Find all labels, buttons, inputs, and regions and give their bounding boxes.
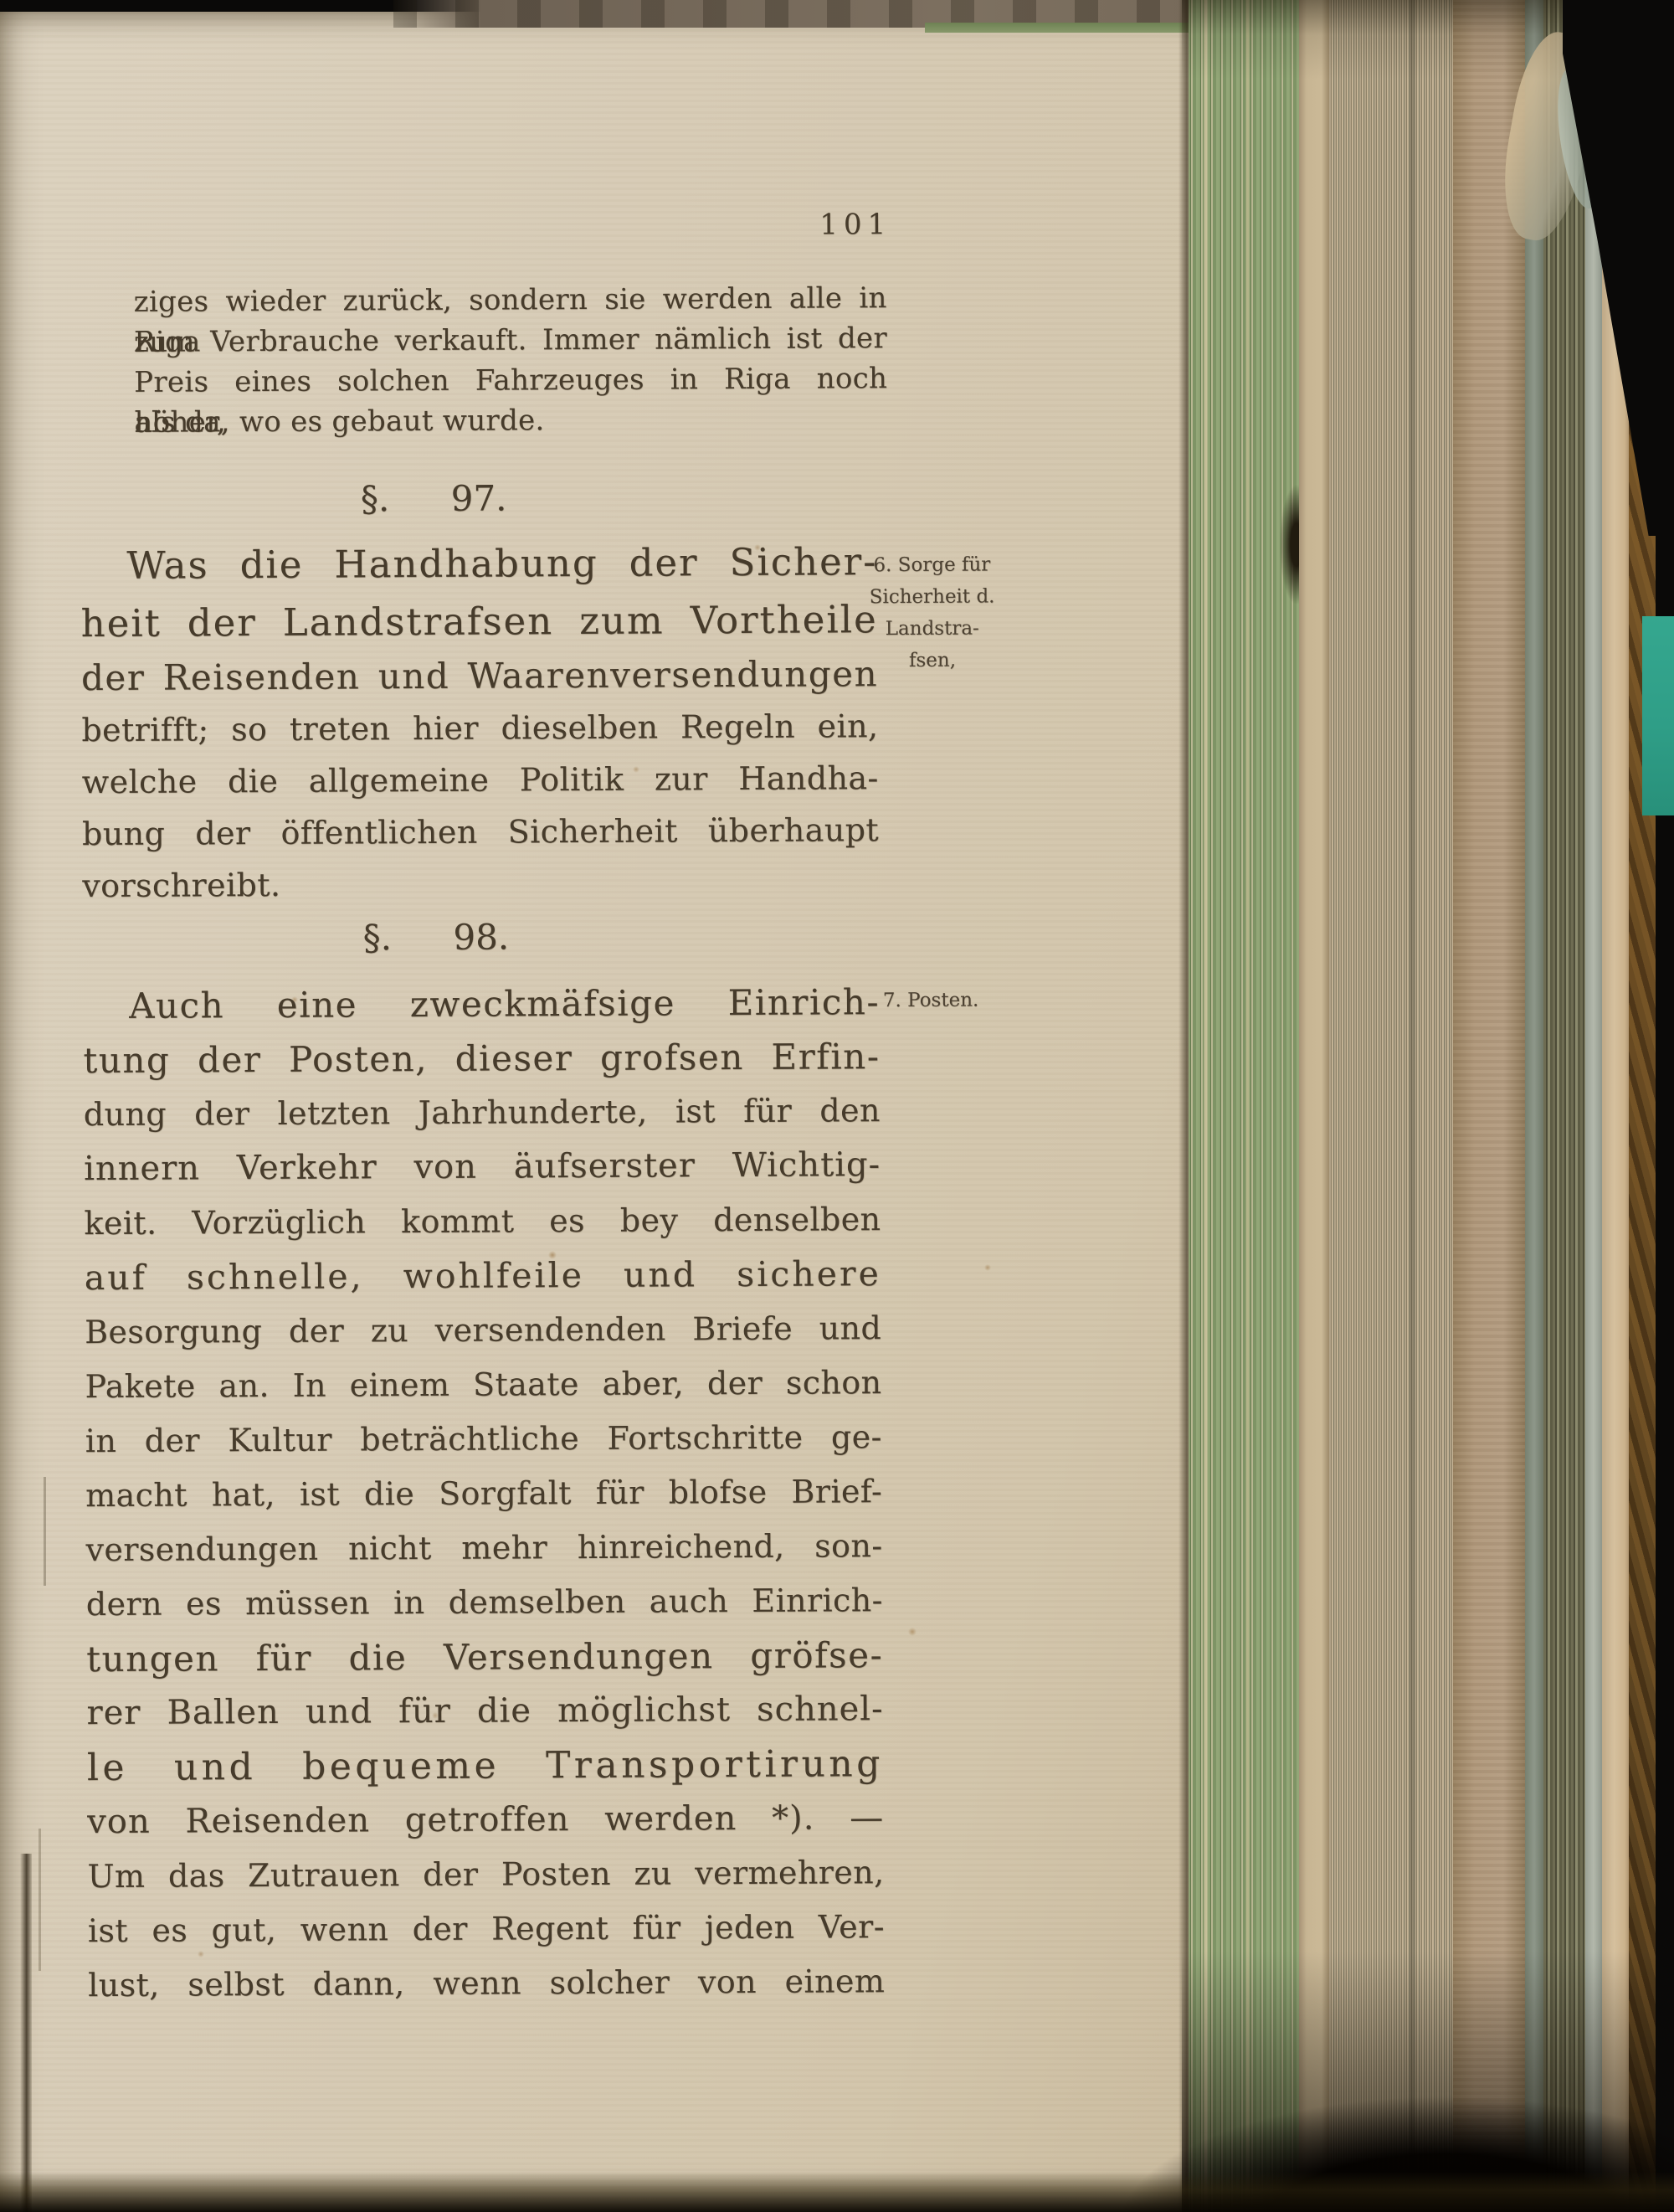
section-97-heading: §. 97. xyxy=(80,476,876,521)
text-line: keit. Vorzüglich kommt es bey denselben xyxy=(84,1192,881,1251)
intro-paragraph: ziges wieder zurück, sondern sie werden … xyxy=(134,278,888,443)
margin-note-line: 7. Posten. xyxy=(862,987,999,1013)
text-line: le und bequeme Transportirung xyxy=(87,1736,884,1795)
text-line: heit der Landstrafsen zum Vortheile xyxy=(81,591,878,651)
text-line: zum Verbrauche verkauft. Immer nämlich i… xyxy=(134,318,887,363)
text-line: von Reisenden getroffen werden *). — xyxy=(87,1791,884,1849)
section-98-heading: §. 98. xyxy=(83,914,878,959)
scanned-book-photo: 101 ziges wieder zurück, sondern sie wer… xyxy=(0,0,1674,2212)
text-line: bung der öffentlichen Sicherheit überhau… xyxy=(82,804,879,860)
text-line: versendungen nicht mehr hinreichend, son… xyxy=(85,1519,882,1577)
text-line: tungen für die Versendungen gröfse- xyxy=(86,1628,883,1686)
text-line: Besorgung der zu versendenden Briefe und xyxy=(85,1301,881,1360)
stack-shading xyxy=(1182,0,1656,2212)
text-line: vorschreibt. xyxy=(82,856,879,912)
text-line: der Reisenden und Waarenversendungen xyxy=(81,647,878,704)
text-line: macht hat, ist die Sorgfalt für blofse B… xyxy=(85,1464,882,1523)
margin-note-6: 6. Sorge für Sicherheit d. Landstra- fse… xyxy=(860,548,1004,676)
fore-edge-page-stack xyxy=(1182,0,1656,2212)
margin-note-line: Landstra- xyxy=(860,612,1004,645)
teal-bookmark xyxy=(1642,616,1674,815)
text-line: in der Kultur beträchtliche Fortschritte… xyxy=(85,1410,882,1469)
margin-note-line: fsen, xyxy=(860,644,1004,676)
book-page: 101 ziges wieder zurück, sondern sie wer… xyxy=(0,12,1204,2212)
text-line: Um das Zutrauen der Posten zu vermehren, xyxy=(87,1845,884,1904)
section-98-body: Auch eine zweckmäfsige Einrich- tung der… xyxy=(83,975,885,2013)
text-line: Pakete an. In einem Staate aber, der sch… xyxy=(85,1355,881,1414)
text-line: Auch eine zweckmäfsige Einrich- xyxy=(83,975,880,1033)
green-page-edge-line xyxy=(925,23,1214,33)
margin-note-7: 7. Posten. xyxy=(862,987,999,1013)
page-text: 101 ziges wieder zurück, sondern sie wer… xyxy=(0,8,1214,2212)
bottom-edge-shadow xyxy=(0,2172,1674,2212)
text-line: rer Ballen und für die möglichst schnel- xyxy=(86,1682,883,1741)
text-line: welche die allgemeine Politik zur Handha… xyxy=(82,752,879,808)
text-line: ist es gut, wenn der Regent für jeden Ve… xyxy=(88,1900,885,1958)
text-line: Preis eines solchen Fahrzeuges in Riga n… xyxy=(134,358,887,403)
margin-note-line: Sicherheit d. xyxy=(860,580,1004,613)
text-line: innern Verkehr von äufserster Wichtig- xyxy=(84,1138,881,1196)
section-97-body: Was die Handhabung der Sicher- heit der … xyxy=(80,532,879,912)
text-line: als da, wo es gebaut wurde. xyxy=(134,399,887,443)
text-line: dern es müssen in demselben auch Einrich… xyxy=(86,1573,883,1632)
text-line: lust, selbst dann, wenn solcher von eine… xyxy=(88,1954,885,2013)
text-line: ziges wieder zurück, sondern sie werden … xyxy=(134,278,887,322)
text-line: betrifft; so treten hier dieselben Regel… xyxy=(81,700,878,756)
page-number: 101 xyxy=(793,208,918,242)
text-line: auf schnelle, wohlfeile und sichere xyxy=(85,1247,881,1305)
text-line: Was die Handhabung der Sicher- xyxy=(80,532,877,595)
text-line: tung der Posten, dieser grofsen Erfin- xyxy=(83,1029,880,1088)
text-line: dung der letzten Jahrhunderte, ist für d… xyxy=(84,1083,881,1142)
margin-note-line: 6. Sorge für xyxy=(860,548,1004,581)
